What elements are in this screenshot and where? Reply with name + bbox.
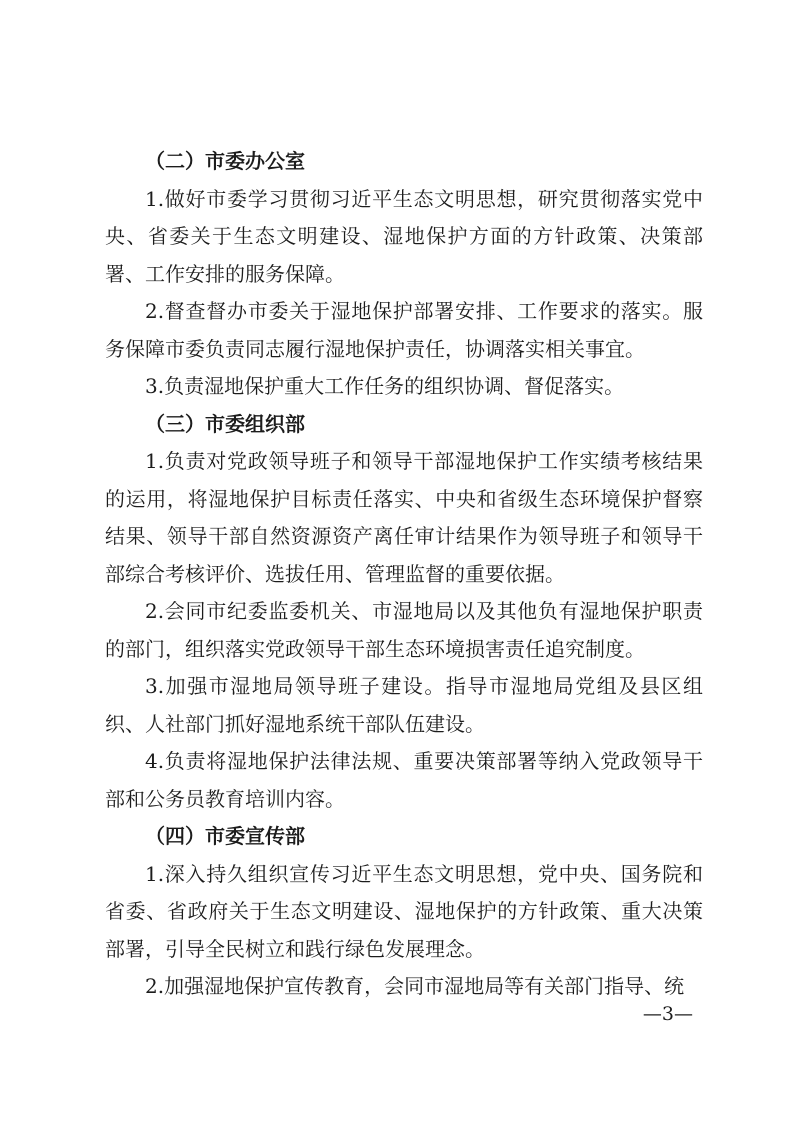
page-number: —3— bbox=[643, 1000, 693, 1028]
paragraph: 2.督查督办市委关于湿地保护部署安排、工作要求的落实。服务保障市委负责同志履行湿… bbox=[105, 293, 703, 368]
document-body: （二）市委办公室1.做好市委学习贯彻习近平生态文明思想，研究贯彻落实党中央、省委… bbox=[105, 143, 703, 1006]
paragraph: 1.做好市委学习贯彻习近平生态文明思想，研究贯彻落实党中央、省委关于生态文明建设… bbox=[105, 181, 703, 294]
paragraph: 3.加强市湿地局领导班子建设。指导市湿地局党组及县区组织、人社部门抓好湿地系统干… bbox=[105, 668, 703, 743]
paragraph: 1.深入持久组织宣传习近平生态文明思想，党中央、国务院和省委、省政府关于生态文明… bbox=[105, 856, 703, 969]
paragraph: 4.负责将湿地保护法律法规、重要决策部署等纳入党政领导干部和公务员教育培训内容。 bbox=[105, 743, 703, 818]
section-heading: （三）市委组织部 bbox=[105, 406, 703, 444]
document-page: （二）市委办公室1.做好市委学习贯彻习近平生态文明思想，研究贯彻落实党中央、省委… bbox=[0, 0, 793, 1122]
paragraph: 2.会同市纪委监委机关、市湿地局以及其他负有湿地保护职责的部门，组织落实党政领导… bbox=[105, 593, 703, 668]
paragraph: 3.负责湿地保护重大工作任务的组织协调、督促落实。 bbox=[105, 368, 703, 406]
section-heading: （四）市委宣传部 bbox=[105, 818, 703, 856]
paragraph: 2.加强湿地保护宣传教育，会同市湿地局等有关部门指导、统 bbox=[105, 968, 703, 1006]
section-heading: （二）市委办公室 bbox=[105, 143, 703, 181]
paragraph: 1.负责对党政领导班子和领导干部湿地保护工作实绩考核结果的运用，将湿地保护目标责… bbox=[105, 443, 703, 593]
